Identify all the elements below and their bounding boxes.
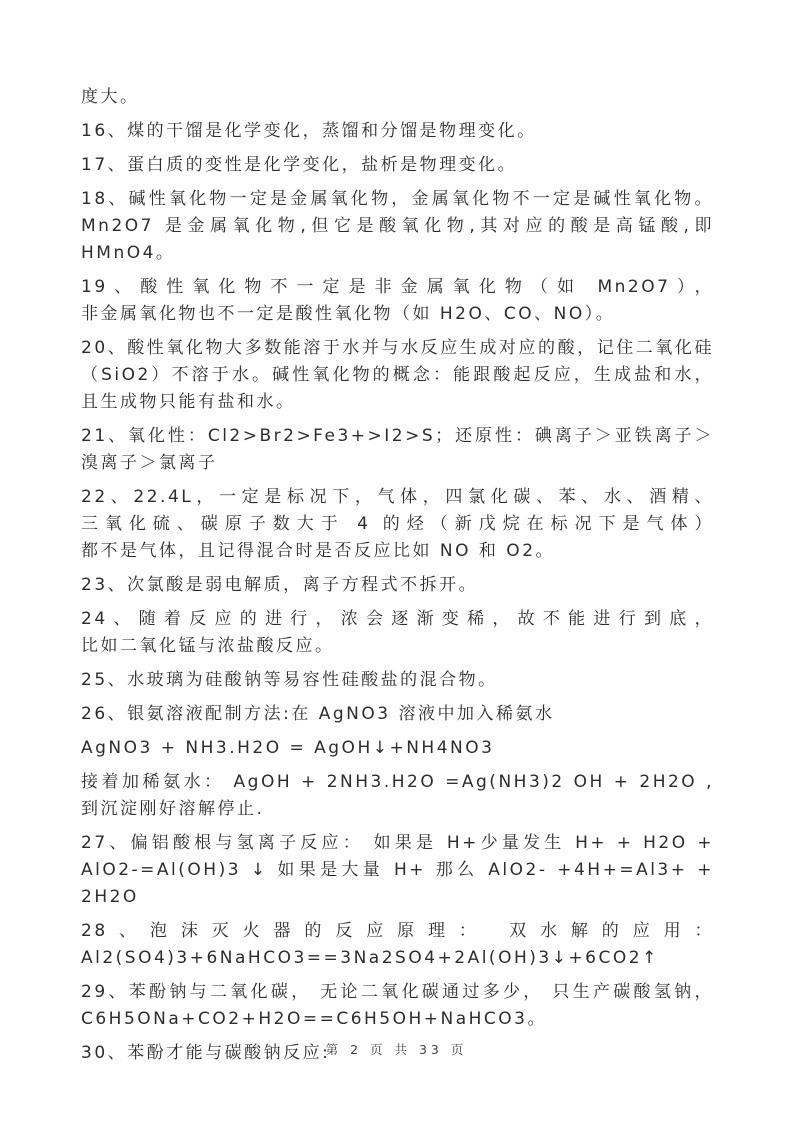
note-22: 22、22.4L，一定是标况下，气体，四氯化碳、苯、水、酒精、三氧化硫、碳原子数… — [81, 484, 714, 565]
note-28: 28、泡沫灭火器的反应原理： 双水解的应用： Al2(SO4)3+6NaHCO3… — [81, 918, 714, 972]
note-20: 20、酸性氧化物大多数能溶于水并与水反应生成对应的酸，记住二氧化硅（SiO2）不… — [81, 335, 714, 416]
note-27: 27、偏铝酸根与氢离子反应： 如果是 H+少量发生 H+ + H2O + AlO… — [81, 830, 714, 911]
note-21: 21、氧化性：Cl2>Br2>Fe3+>I2>S；还原性：碘离子＞亚铁离子＞溴离… — [81, 423, 714, 477]
note-26-equation-2: 接着加稀氨水： AgOH + 2NH3.H2O =Ag(NH3)2 OH + 2… — [81, 769, 714, 823]
note-19: 19、酸性氧化物不一定是非金属氧化物（如 Mn2O7），非金属氧化物也不一定是酸… — [81, 274, 714, 328]
note-18: 18、碱性氧化物一定是金属氧化物，金属氧化物不一定是碱性氧化物。Mn2O7 是金… — [81, 186, 714, 267]
note-16: 16、煤的干馏是化学变化，蒸馏和分馏是物理变化。 — [81, 118, 714, 145]
note-26: 26、银氨溶液配制方法:在 AgNO3 溶液中加入稀氨水 — [81, 701, 714, 728]
note-continuation: 度大。 — [81, 84, 714, 111]
note-26-equation-1: AgNO3 + NH3.H2O = AgOH↓+NH4NO3 — [81, 735, 714, 762]
note-25: 25、水玻璃为硅酸钠等易容性硅酸盐的混合物。 — [81, 667, 714, 694]
note-24: 24、随着反应的进行，浓会逐渐变稀，故不能进行到底，比如二氧化锰与浓盐酸反应。 — [81, 606, 714, 660]
page-number-footer: 第 2 页 共 33 页 — [0, 1040, 793, 1058]
note-29: 29、苯酚钠与二氧化碳， 无论二氧化碳通过多少， 只生产碳酸氢钠，C6H5ONa… — [81, 979, 714, 1033]
document-page: 度大。 16、煤的干馏是化学变化，蒸馏和分馏是物理变化。 17、蛋白质的变性是化… — [0, 0, 793, 1122]
notes-body: 度大。 16、煤的干馏是化学变化，蒸馏和分馏是物理变化。 17、蛋白质的变性是化… — [81, 84, 714, 1074]
note-17: 17、蛋白质的变性是化学变化，盐析是物理变化。 — [81, 152, 714, 179]
note-23: 23、次氯酸是弱电解质，离子方程式不拆开。 — [81, 572, 714, 599]
